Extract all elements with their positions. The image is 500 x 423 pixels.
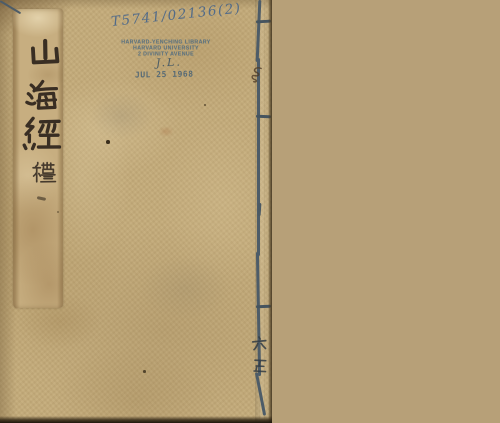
book-photo: T5741/02136(2) HARVARD-YENCHING LIBRARY …	[0, 0, 500, 423]
ink-speck	[106, 140, 110, 144]
title-char-shan-icon	[28, 35, 61, 74]
pencil-smudge	[90, 92, 154, 140]
book-front-cover: T5741/02136(2) HARVARD-YENCHING LIBRARY …	[0, 0, 272, 423]
pencil-smudge	[140, 255, 230, 321]
series-char-li-icon	[31, 159, 57, 189]
stamp-date: JUL 25 1968	[135, 69, 194, 79]
ink-speck	[143, 370, 146, 373]
title-char-jing-icon	[21, 115, 64, 160]
ink-speck	[204, 104, 206, 106]
rust-stain	[158, 126, 174, 137]
spine-volume-char-1-icon	[250, 334, 268, 354]
book-bottom-edge	[0, 416, 272, 423]
stamp-text-block: HARVARD-YENCHING LIBRARY HARVARD UNIVERS…	[118, 39, 214, 57]
library-stamp: HARVARD-YENCHING LIBRARY HARVARD UNIVERS…	[118, 39, 214, 85]
label-small-mark	[37, 196, 46, 200]
title-label	[13, 9, 63, 308]
stamp-initials-handwriting: J.L.	[156, 56, 182, 70]
title-char-hai-icon	[24, 76, 60, 120]
ink-speck	[57, 211, 59, 213]
spine-volume-char-2-icon	[252, 357, 269, 377]
book-right-edge	[268, 0, 272, 423]
